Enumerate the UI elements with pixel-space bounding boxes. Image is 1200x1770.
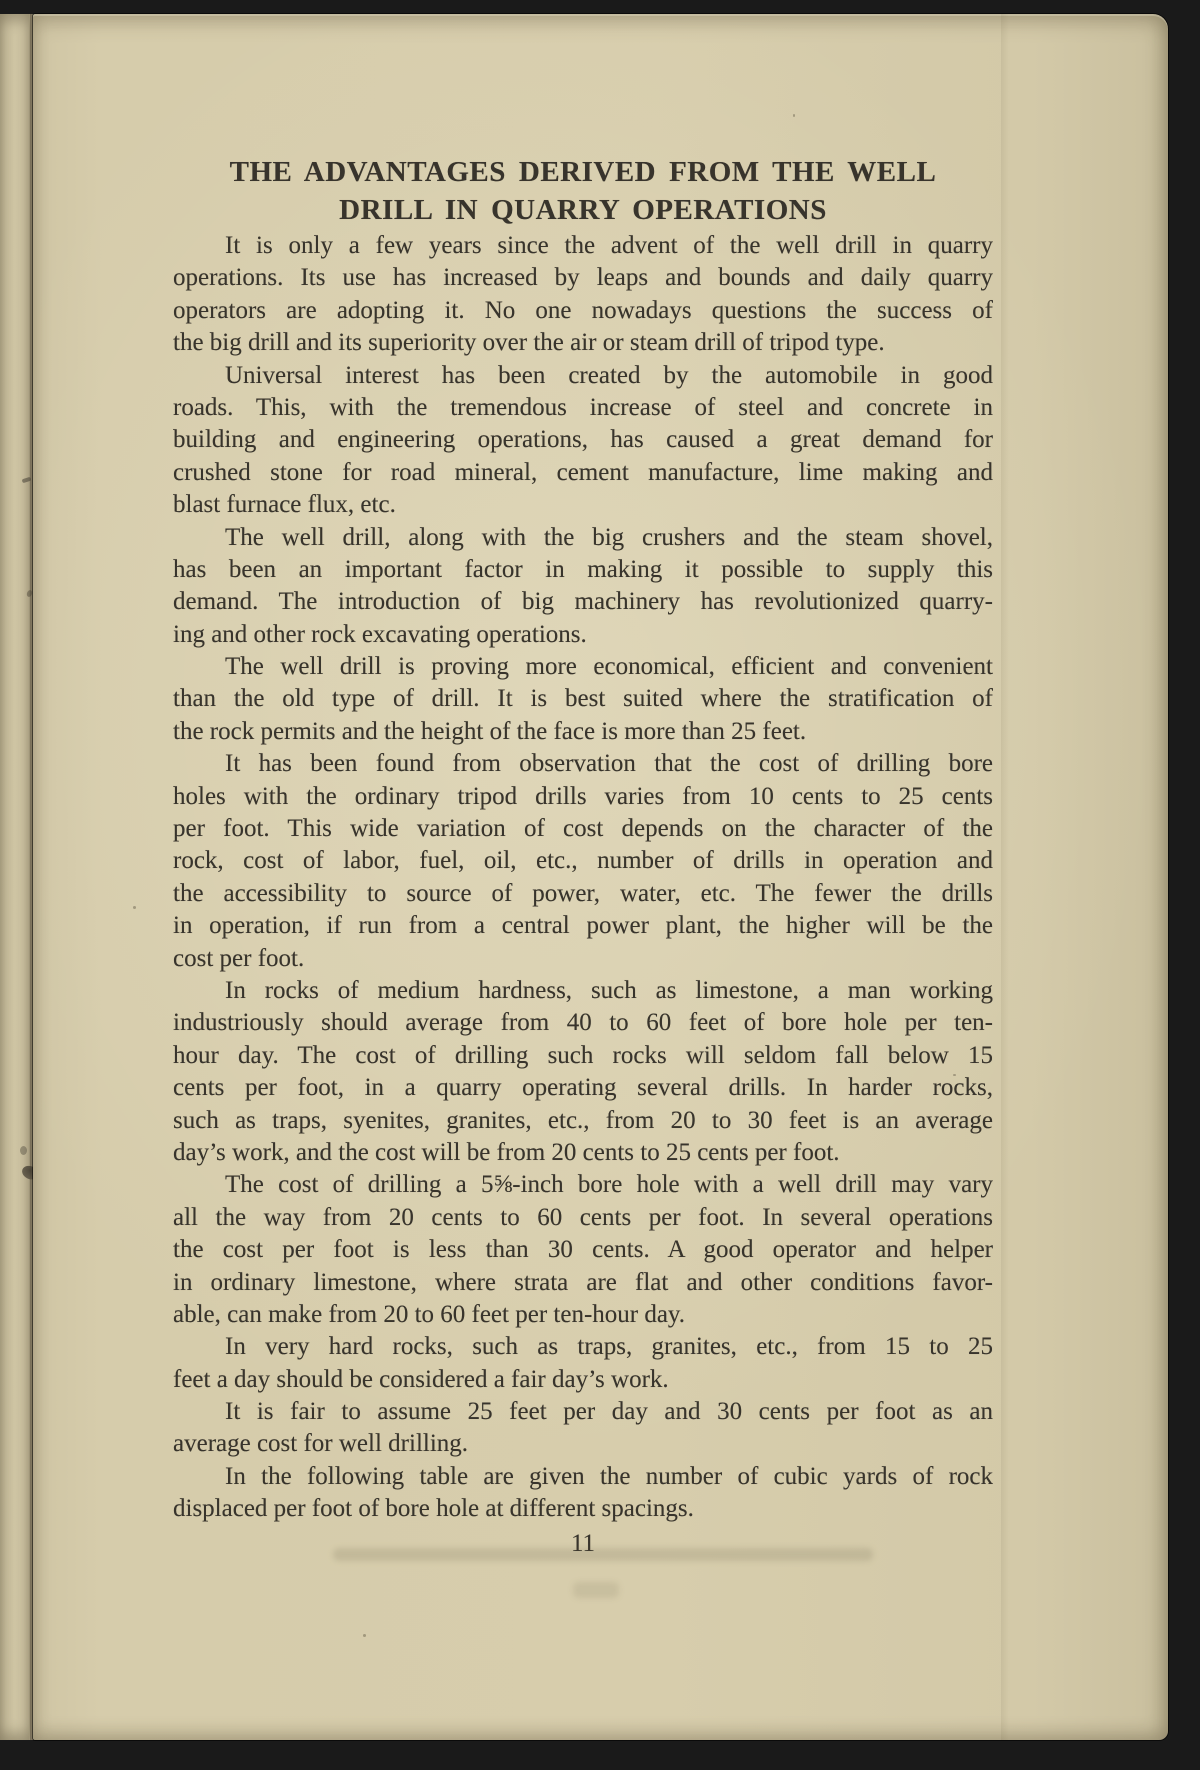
paper-speck [363,1634,366,1637]
text-line: blast furnace flux, etc. [173,489,993,521]
text-line: displaced per foot of bore hole at diffe… [173,1493,993,1525]
gutter-ink-mark [20,1146,27,1155]
paragraph: In very hard rocks, such as traps, grani… [173,1331,993,1396]
page-curvature-shading [1001,14,1009,1740]
paper-speck [133,906,136,909]
text-line: cents per foot, in a quarry operating se… [173,1072,993,1104]
text-line: day’s work, and the cost will be from 20… [173,1137,993,1169]
paragraph: In rocks of medium hardness, such as lim… [173,975,993,1169]
text-line: The cost of drilling a 5⅝-inch bore hole… [173,1169,993,1201]
text-line: It is fair to assume 25 feet per day and… [173,1396,993,1428]
text-column: THE ADVANTAGES DERIVED FROM THE WELL DRI… [173,14,993,1526]
paragraph: It is only a few years since the advent … [173,230,993,360]
text-line: roads. This, with the tremendous increas… [173,392,993,424]
text-line: rock, cost of labor, fuel, oil, etc., nu… [173,845,993,877]
text-line: the cost per foot is less than 30 cents.… [173,1234,993,1266]
text-line: crushed stone for road mineral, cement m… [173,457,993,489]
paragraph: The well drill, along with the big crush… [173,522,993,652]
text-line: in operation, if run from a central powe… [173,910,993,942]
text-line: per foot. This wide variation of cost de… [173,813,993,845]
paragraph: It is fair to assume 25 feet per day and… [173,1396,993,1461]
text-line: industriously should average from 40 to … [173,1007,993,1039]
text-line: holes with the ordinary tripod drills va… [173,781,993,813]
text-line: has been an important factor in making i… [173,554,993,586]
text-line: than the old type of drill. It is best s… [173,683,993,715]
text-line: able, can make from 20 to 60 feet per te… [173,1299,993,1331]
text-line: The well drill is proving more economica… [173,651,993,683]
text-line: cost per foot. [173,943,993,975]
text-line: the accessibility to source of power, wa… [173,878,993,910]
page-number: 11 [173,1530,993,1558]
page-title: THE ADVANTAGES DERIVED FROM THE WELL DRI… [173,153,993,229]
book-page: THE ADVANTAGES DERIVED FROM THE WELL DRI… [33,14,1168,1740]
paper-speck [793,114,795,117]
text-line: demand. The introduction of big machiner… [173,586,993,618]
paper-speck [953,1074,956,1076]
text-line: It is only a few years since the advent … [173,230,993,262]
paragraph: It has been found from observation that … [173,748,993,975]
text-line: hour day. The cost of drilling such rock… [173,1040,993,1072]
adjacent-page-edge [0,14,29,1740]
paragraph: The cost of drilling a 5⅝-inch bore hole… [173,1169,993,1331]
text-line: average cost for well drilling. [173,1428,993,1460]
title-line-1: THE ADVANTAGES DERIVED FROM THE WELL [173,153,993,191]
text-line: Universal interest has been created by t… [173,360,993,392]
paragraph: Universal interest has been created by t… [173,360,993,522]
text-line: building and engineering operations, has… [173,424,993,456]
text-line: operations. Its use has increased by lea… [173,262,993,294]
bleedthrough-artifact [573,1582,619,1598]
text-line: in ordinary limestone, where strata are … [173,1267,993,1299]
body-text: It is only a few years since the advent … [173,230,993,1526]
text-line: such as traps, syenites, granites, etc.,… [173,1105,993,1137]
text-line: In rocks of medium hardness, such as lim… [173,975,993,1007]
text-line: feet a day should be considered a fair d… [173,1364,993,1396]
paragraph: In the following table are given the num… [173,1461,993,1526]
text-line: all the way from 20 cents to 60 cents pe… [173,1202,993,1234]
text-line: operators are adopting it. No one nowada… [173,295,993,327]
text-line: the big drill and its superiority over t… [173,327,993,359]
scanned-book-page: THE ADVANTAGES DERIVED FROM THE WELL DRI… [0,0,1200,1770]
title-line-2: DRILL IN QUARRY OPERATIONS [173,191,993,229]
text-line: the rock permits and the height of the f… [173,716,993,748]
paragraph: The well drill is proving more economica… [173,651,993,748]
text-line: The well drill, along with the big crush… [173,522,993,554]
text-line: In very hard rocks, such as traps, grani… [173,1331,993,1363]
text-line: It has been found from observation that … [173,748,993,780]
text-line: ing and other rock excavating operations… [173,619,993,651]
text-line: In the following table are given the num… [173,1461,993,1493]
